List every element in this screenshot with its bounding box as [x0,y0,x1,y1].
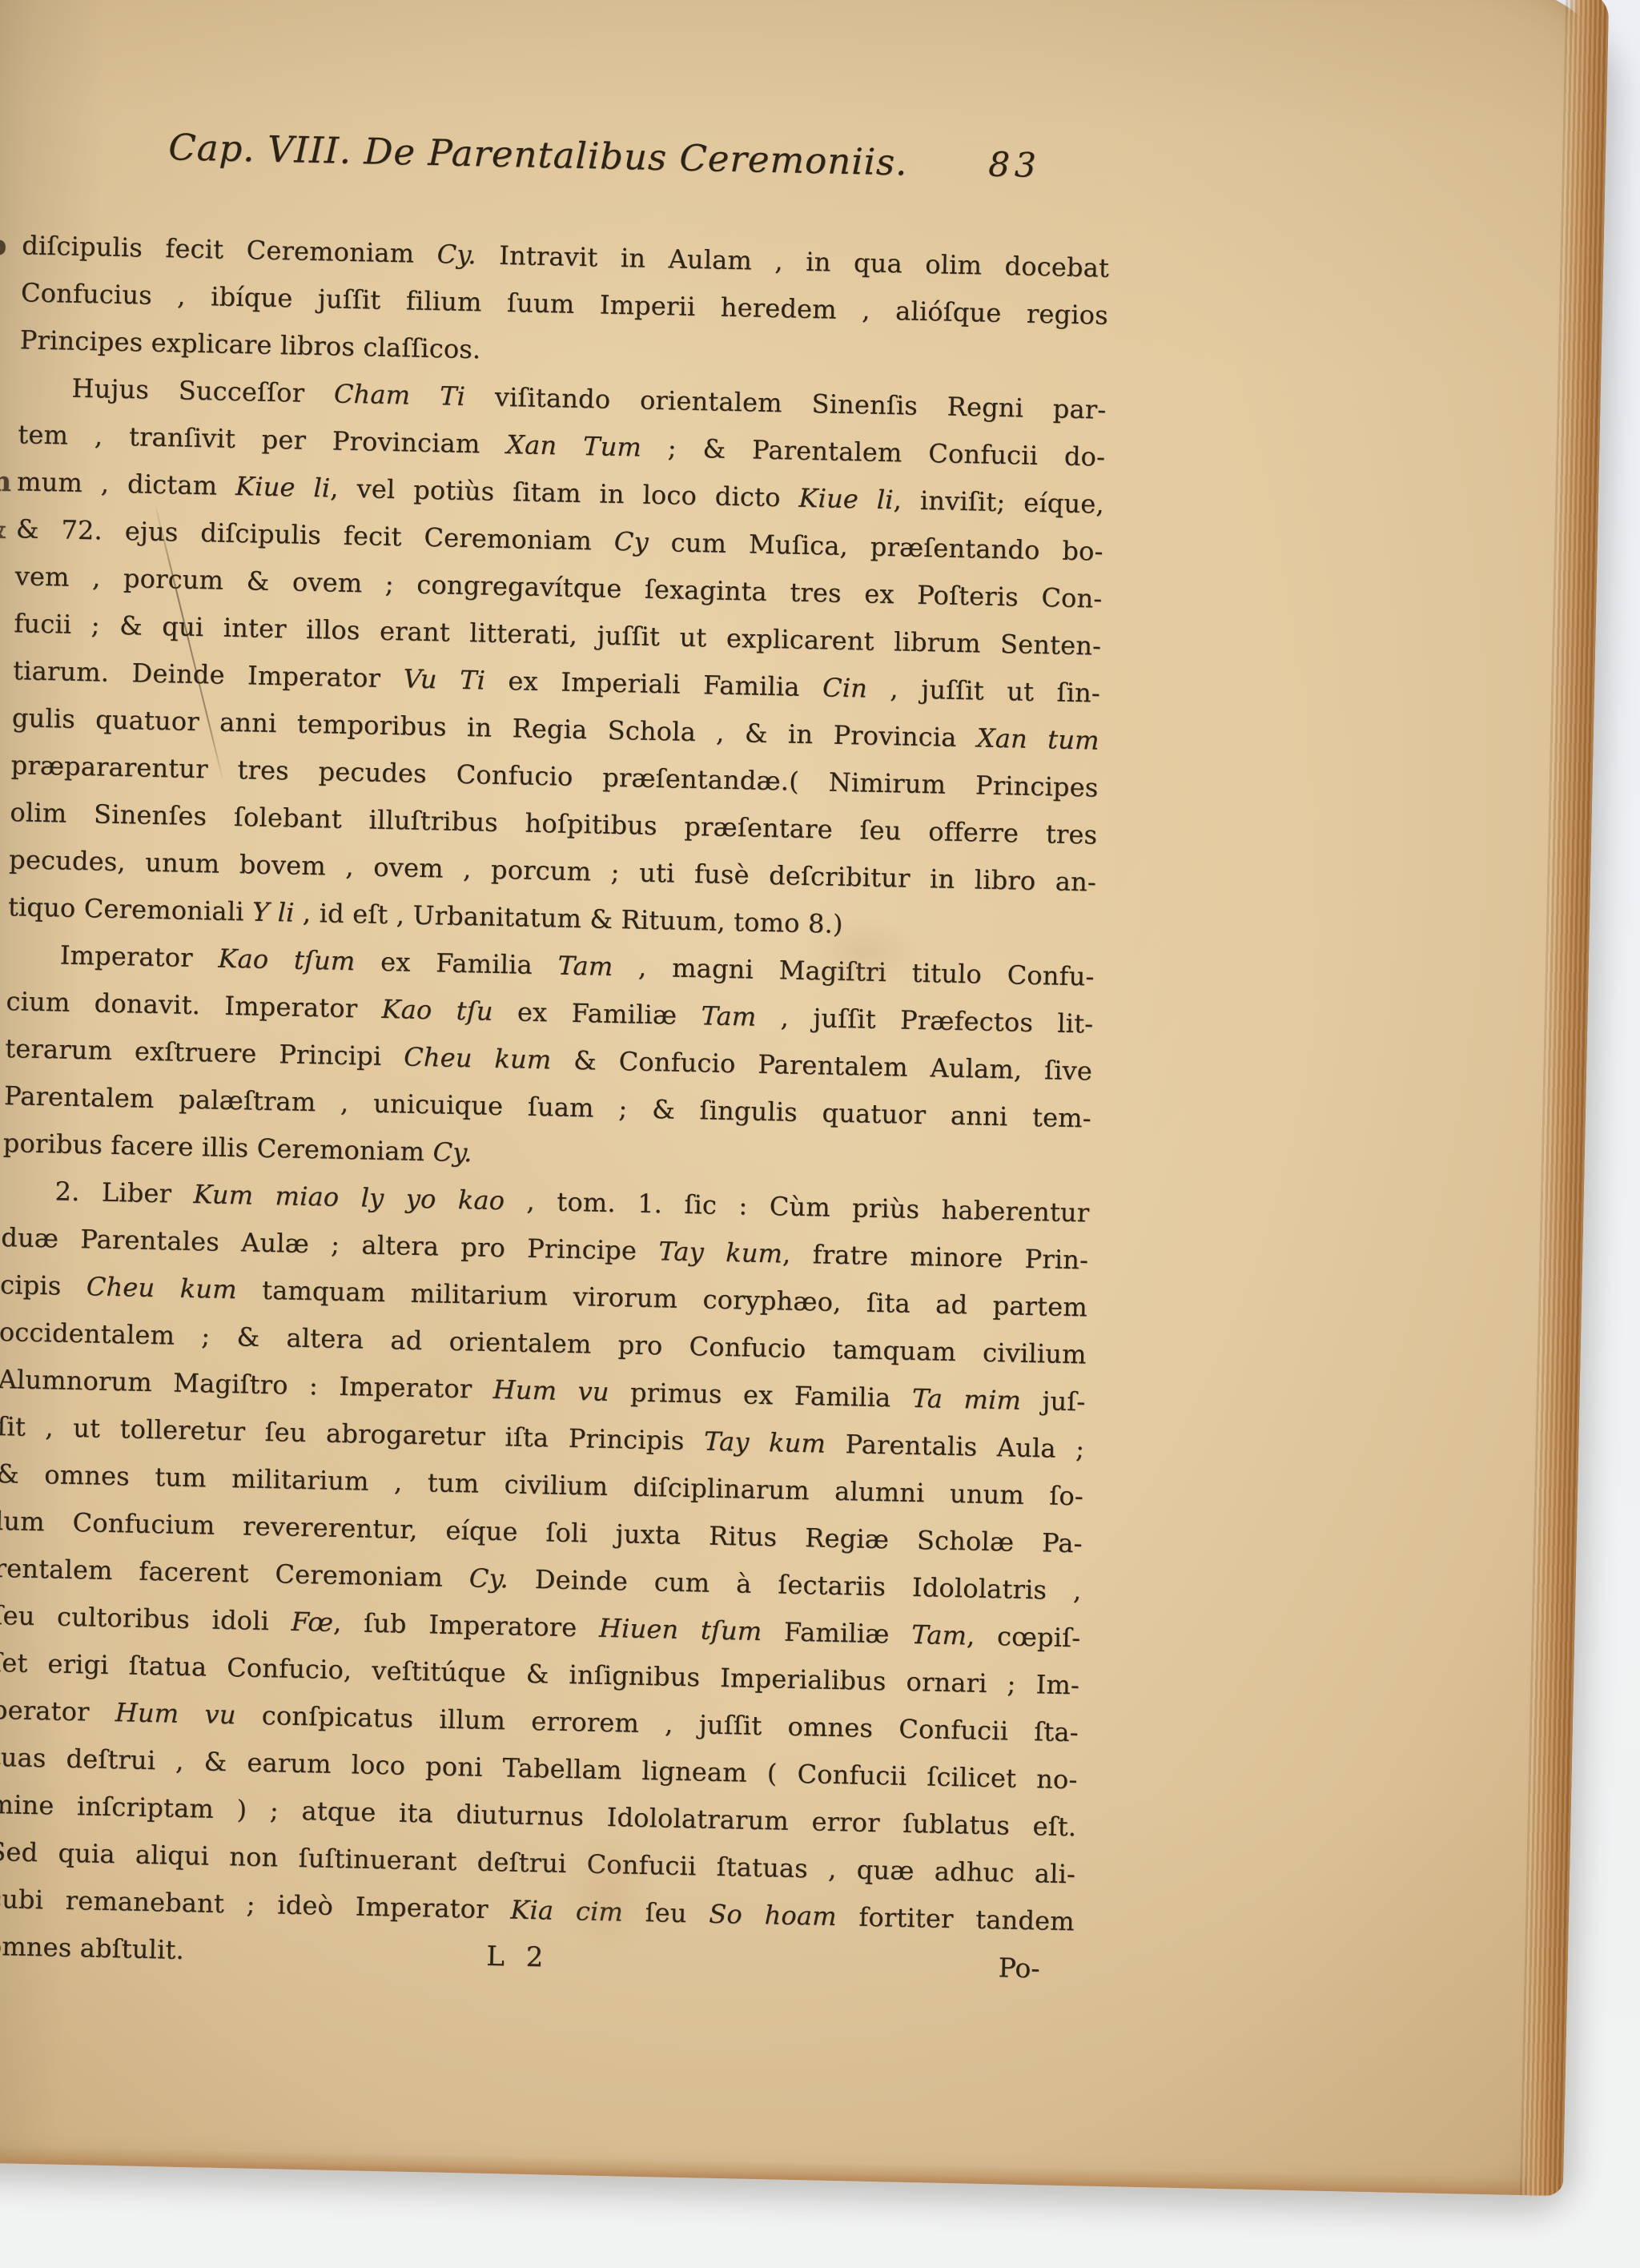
text-segment: 2. Liber [54,1176,194,1209]
text-segment: ſit , ut tolleretur ſeu abrogaretur iſta… [0,1411,704,1456]
text-segment: ; & Parentalem Confucii do- [641,432,1106,472]
text-segment: cubi remanebant ; ideò Imperator [0,1884,511,1925]
text-segment: fortiter tandem [836,1901,1075,1936]
text-segment: , juſſit Præfectos lit- [756,1002,1094,1039]
text-segment: tiarum. Deinde Imperator [13,655,404,694]
book-page: Cap. VIII. De Parentalibus Ceremoniis. 8… [0,0,1610,2196]
text-segment: Hujus Succeſſor [71,373,334,409]
text-segment: Tam [911,1619,967,1651]
text-segment: Principes explicare libros claſſicos. [19,324,480,364]
text-segment: Kum miao ly yo kao [193,1179,505,1216]
text-segment: ex Familiæ [492,996,701,1031]
text-segment: Cham Ti [334,378,466,411]
text-segment: , juſſit ut ſin- [867,674,1101,709]
text-segment: Kiue li [235,471,331,503]
page-number: 83 [988,145,1041,185]
chapter-title: Cap. VIII. De Parentalibus Ceremoniis. [168,126,908,183]
text-segment: Vu Ti [403,663,485,695]
gutter-fragment-letter: g [0,702,5,734]
text-segment: & 72. ejus diſcipulis fecit Ceremoniam [16,513,615,557]
text-segment: Intravit in Aulam , in qua olim docebat [476,239,1109,283]
text-segment: Imperator [59,939,218,973]
text-segment: cum Muſica, præſentando bo- [648,527,1103,567]
text-segment: , vel potiùs ſitam in loco dicto [330,472,799,513]
text-segment: Tay kum [704,1426,826,1458]
text-segment: , tom. 1. ſic : Cùm priùs haberentur [504,1185,1090,1228]
gutter-fragment-letter: p [0,749,4,782]
text-segment: Fœ [291,1606,333,1638]
text-segment: poribus facere illis Ceremoniam [2,1128,432,1167]
text-segment: & Confucio Parentalem Aulam, ſive [551,1044,1092,1086]
text-segment: Cy. [436,239,476,270]
text-segment: Kiue li [798,483,894,515]
text-block: L 2 Po- diſcipulis fecit Ceremoniam Cy. … [0,222,1110,1993]
gutter-fragment-letter: m [0,465,10,498]
text-segment: ex Imperiali Familia [485,666,823,703]
text-segment: Tam [701,1000,757,1031]
text-segment: ex Familia [355,946,558,980]
text-segment: Cheu kum [404,1041,552,1075]
signature-mark: L 2 [486,1933,550,1982]
text-segment: Hum vu [492,1374,609,1407]
text-segment: Cy. [432,1136,472,1168]
text-segment: Hum vu [115,1697,236,1730]
gutter-fragment-letter: & [0,513,9,545]
text-segment: diſcipulis fecit Ceremoniam [22,230,437,269]
gutter-fragment-letter: v [0,560,8,593]
text-segment: Kao tſu [381,994,493,1027]
catchword: Po- [998,1944,1040,1992]
gutter-fragment-letter: t [0,654,6,687]
text-segment: Cin [822,672,868,703]
gutter-fragment-letter: o [0,796,3,829]
gutter-fragment-letter: f [0,607,7,640]
text-segment: , fratre minore Prin- [782,1238,1089,1275]
text-segment: duæ Parentales Aulæ ; altera pro Princip… [1,1222,659,1266]
text-segment: rentalem facerent Ceremoniam [0,1553,469,1593]
text-segment: tem , tranſivit per Provinciam [18,419,507,460]
text-segment: , ſub Imperatore [333,1607,600,1643]
text-segment: perator [0,1695,115,1727]
text-segment: Kao tſum [218,943,356,977]
text-segment: So hoam [709,1899,837,1932]
text-segment: cipis [0,1269,86,1301]
text-segment: Cy [613,526,649,557]
text-segment: Xan Tum [506,429,642,463]
gutter-fragment-letter: I [0,324,13,356]
text-segment: Cheu kum [86,1271,238,1305]
text-segment: Tay kum [658,1236,783,1269]
text-segment: , cœpiſ- [967,1620,1081,1653]
text-segment: primus ex Familia [609,1377,912,1413]
text-segment: Parentalis Aula ; [826,1429,1085,1465]
text-segment: Xan tum [976,722,1099,755]
scanned-book-photo: { "page_header": { "title": "Cap. VIII. … [0,0,1640,2268]
text-segment: Y li [252,896,295,927]
text-segment: , id eſt , Urbanitatum & Rituum, tomo 8.… [294,898,843,939]
gutter-fragment-letter: t [0,418,11,451]
text-segment: Tam [557,950,613,981]
text-segment: viſitando orientalem Sinenſis Regni par- [465,381,1107,425]
text-segment: Familiæ [762,1616,912,1650]
text-segment: tamquam militarium virorum coryphæo, ſit… [236,1274,1087,1322]
text-segment: mum , dictam [17,466,236,501]
text-segment: juſ- [1021,1385,1086,1417]
running-header: Cap. VIII. De Parentalibus Ceremoniis. 8… [23,123,1111,201]
text-segment: Ta mim [911,1383,1021,1416]
text-segment: tiquo Ceremoniali [8,891,253,927]
text-segment: Alumnorum Magiſtro : Imperator [0,1364,493,1405]
text-segment: ſeu cultoribus idoli [0,1600,291,1637]
text-segment: cium donavit. Imperator [6,986,382,1024]
text-segment: Hiuen tſum [599,1613,762,1647]
text-segment: terarum exſtruere Principi [5,1033,404,1072]
text-segment: conſpicatus illum errorem , juſſit omnes… [235,1699,1079,1747]
text-segment: , inviſit; eíque, [893,485,1104,520]
gutter-fragment-letter: ) [0,276,14,309]
text-segment: Deinde cum à ſectariis Idololatris , [508,1563,1082,1606]
gutter-fragment-letter: b [0,229,15,262]
text-segment: Cy. [469,1562,509,1594]
